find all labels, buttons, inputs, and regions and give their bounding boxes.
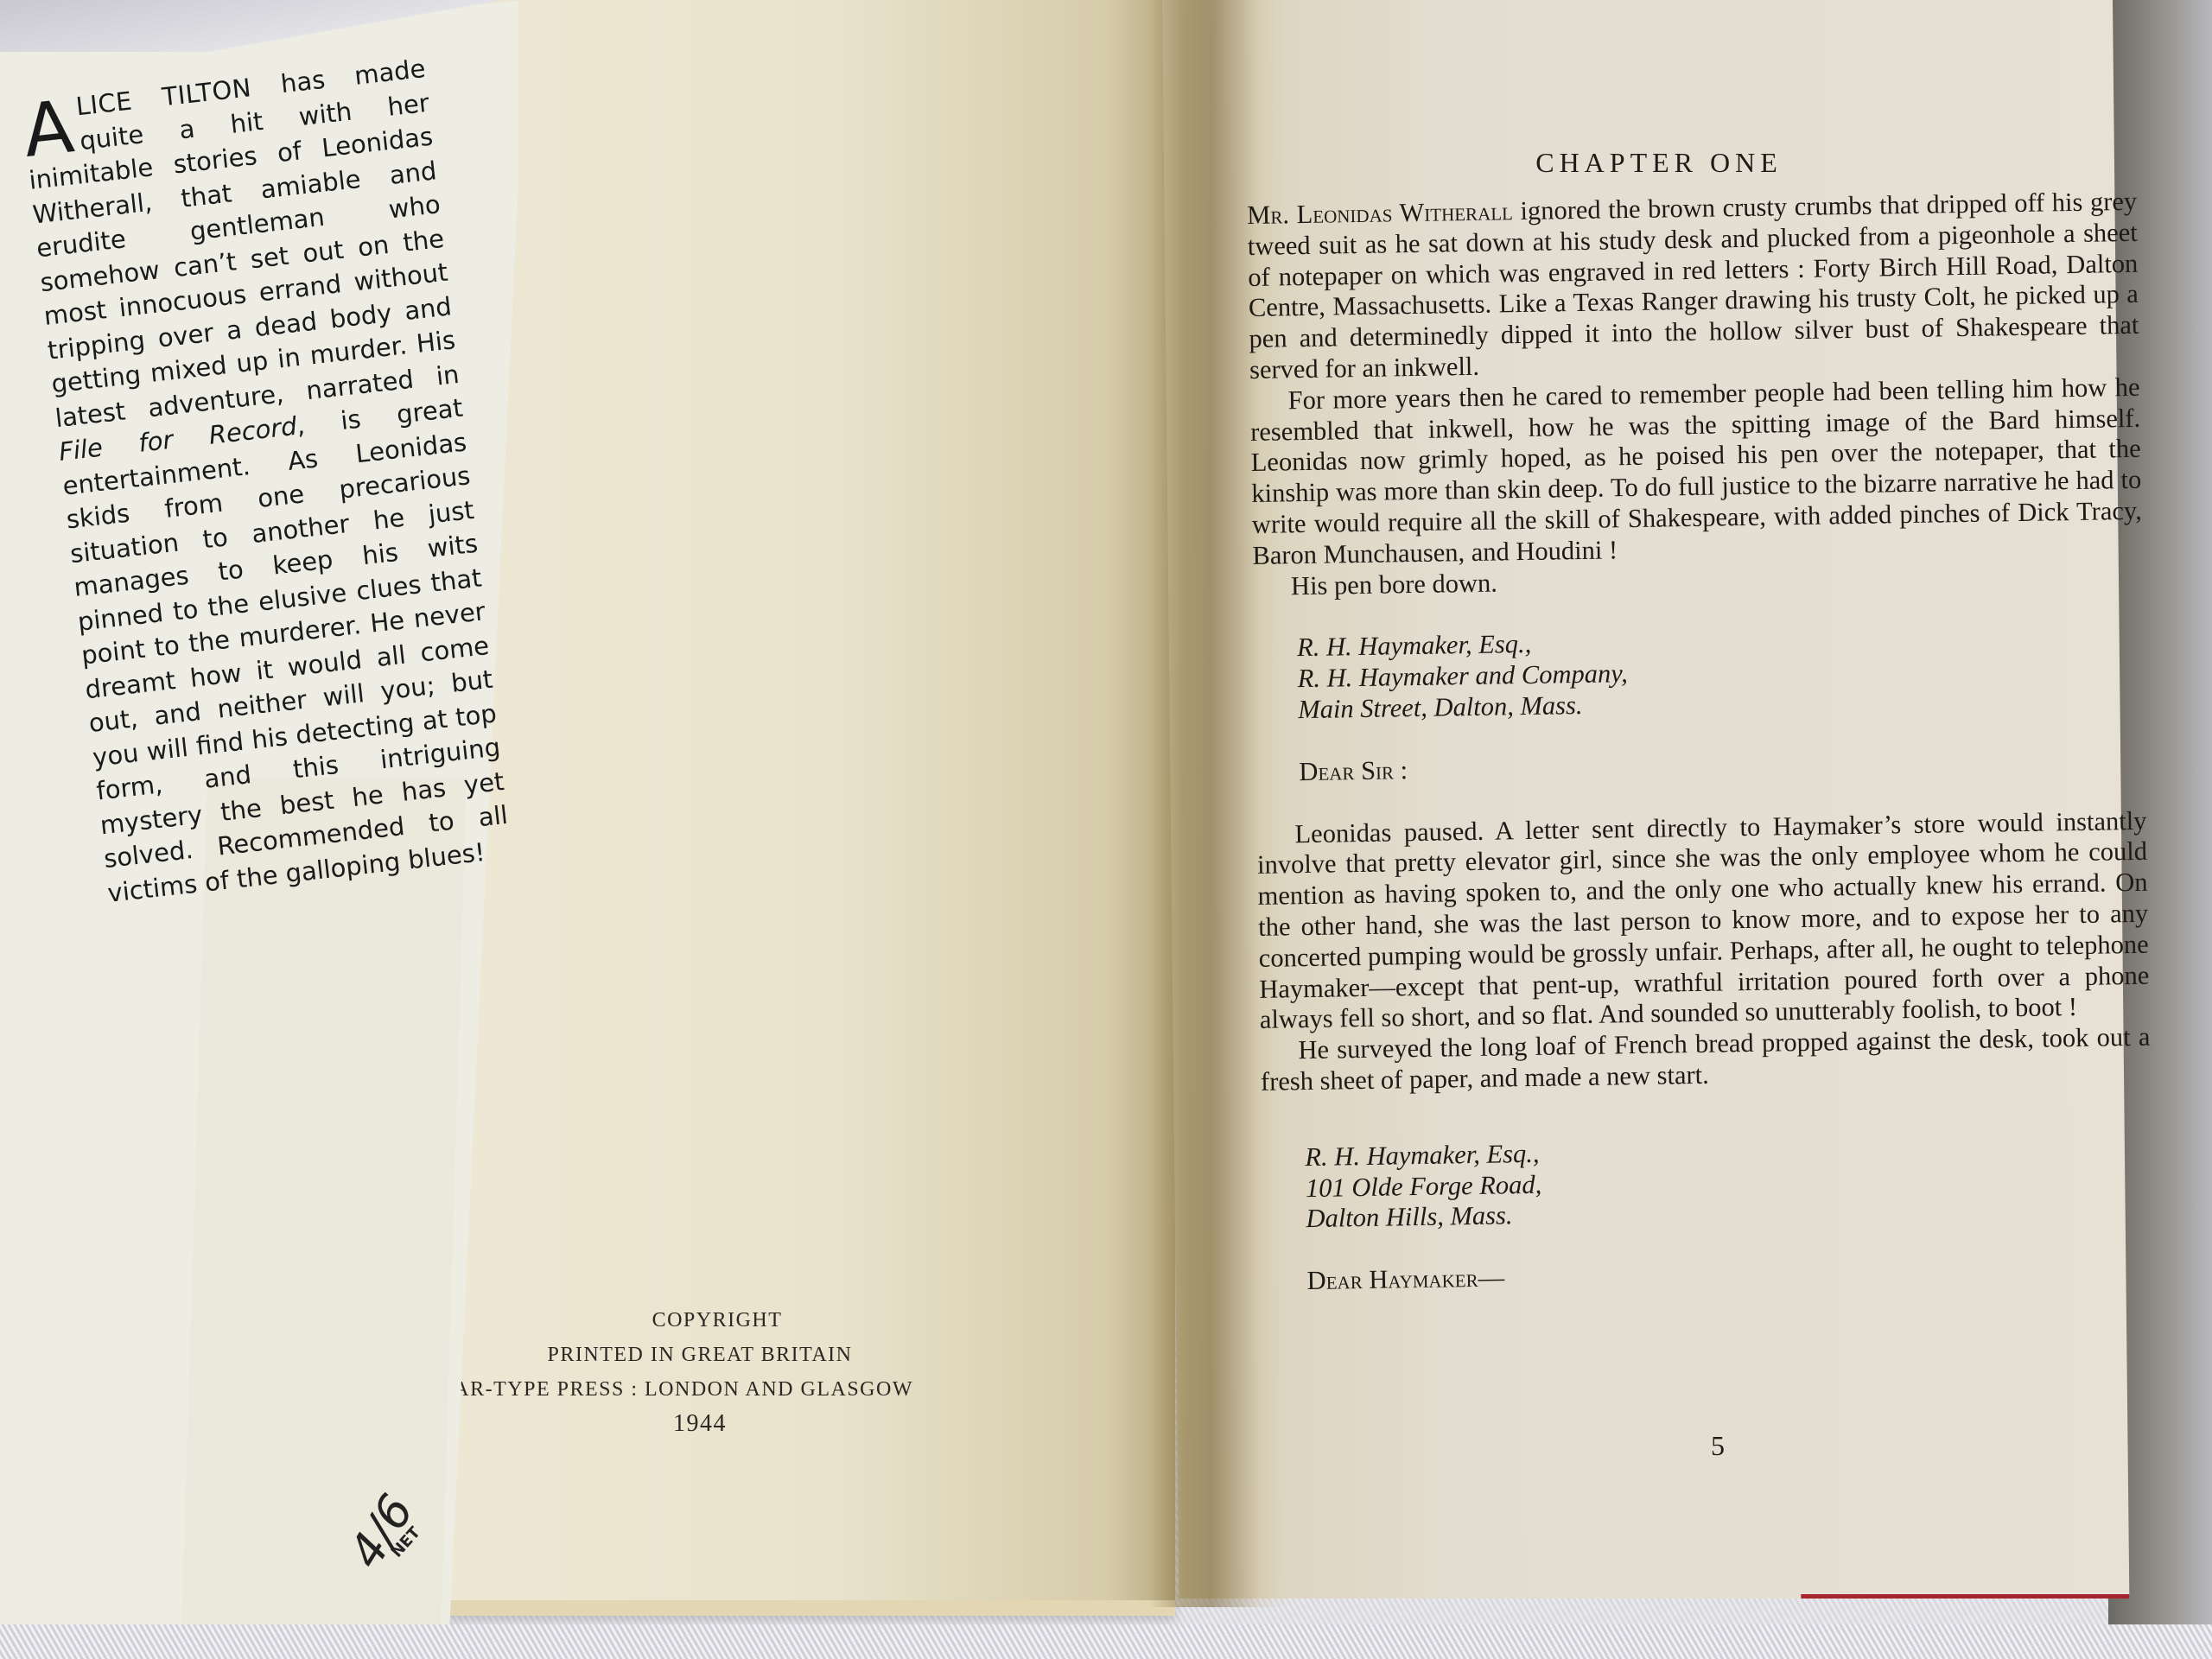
- imprint-printed-in: PRINTED IN GREAT BRITAIN: [415, 1338, 985, 1372]
- chapter-body: Mr. Leonidas Witherall ignored the brown…: [1247, 187, 2154, 1298]
- page-bottom-edge: [328, 1600, 1175, 1616]
- red-page-edge: [1801, 1594, 2129, 1599]
- copyright-imprint: COPYRIGHT PRINTED IN GREAT BRITAIN LEAR-…: [449, 1303, 985, 1441]
- drop-cap: A: [20, 96, 76, 162]
- flap-top-shadow: [0, 0, 536, 52]
- imprint-copyright: COPYRIGHT: [449, 1303, 985, 1338]
- chapter-title: CHAPTER ONE: [1227, 147, 2091, 179]
- letter-address-2: R. H. Haymaker, Esq., 101 Olde Forge Roa…: [1305, 1128, 2153, 1235]
- page-number: 5: [1711, 1430, 1725, 1462]
- imprint-year: 1944: [415, 1407, 985, 1441]
- tablecloth-bottom: [0, 1624, 2212, 1659]
- paragraph-1: Mr. Leonidas Witherall ignored the brown…: [1247, 187, 2139, 386]
- paragraph-4: Leonidas paused. A letter sent directly …: [1256, 805, 2150, 1036]
- opening-name: Mr. Leonidas Witherall: [1247, 196, 1513, 230]
- paragraph-2: For more years then he cared to remember…: [1249, 372, 2142, 572]
- letter-address-1: R. H. Haymaker, Esq., R. H. Haymaker and…: [1297, 620, 2145, 726]
